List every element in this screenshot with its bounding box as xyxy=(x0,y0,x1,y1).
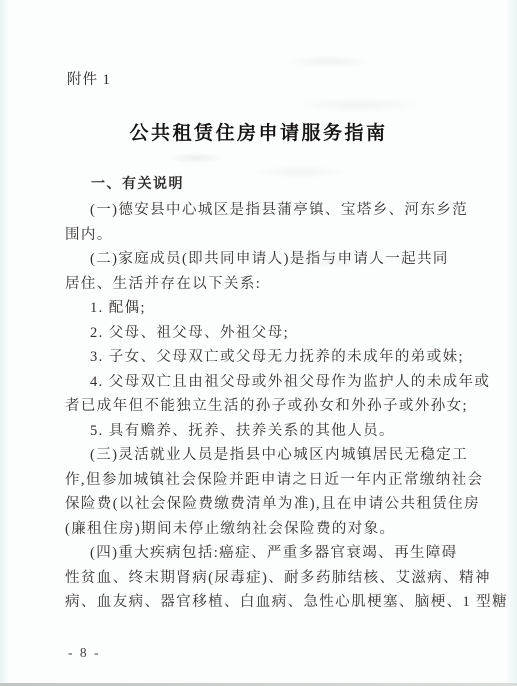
body-line: (三)灵活就业人员是指县中心城区内城镇居民无稳定工 xyxy=(65,443,505,468)
body-line: 性贫血、终末期肾病(尿毒症)、耐多药肺结核、艾滋病、精神 xyxy=(65,566,505,591)
body-line: (二)家庭成员(即共同申请人)是指与申请人一起共同 xyxy=(65,247,505,272)
body-line: 4. 父母双亡且由祖父母或外祖父母作为监护人的未成年或 xyxy=(65,370,505,395)
attachment-label: 附件 1 xyxy=(67,68,111,89)
body-line: 围内。 xyxy=(65,223,505,248)
page-number: - 8 - xyxy=(68,645,101,661)
body-line: (廉租住房)期间未停止缴纳社会保险费的对象。 xyxy=(65,517,505,542)
body-line: 者已成年但不能独立生活的孙子或孙女和外孙子或外孙女; xyxy=(65,394,505,419)
scan-edge-right xyxy=(505,0,517,686)
body-line: 2. 父母、祖父母、外祖父母; xyxy=(65,321,505,346)
body-line: 1. 配偶; xyxy=(65,296,505,321)
document-body: (一)德安县中心城区是指县蒲亭镇、宝塔乡、河东乡范围内。(二)家庭成员(即共同申… xyxy=(65,198,505,615)
body-line: 5. 具有赡养、抚养、扶养关系的其他人员。 xyxy=(65,419,505,444)
body-line: (四)重大疾病包括:癌症、严重多器官衰竭、再生障碍 xyxy=(65,541,505,566)
body-line: 居住、生活并存在以下关系: xyxy=(65,272,505,297)
body-line: 作,但参加城镇社会保险并距申请之日近一年内正常缴纳社会 xyxy=(65,468,505,493)
body-line: 保险费(以社会保险费缴费清单为准),且在申请公共租赁住房 xyxy=(65,492,505,517)
scanned-document-page: 附件 1 公共租赁住房申请服务指南 一、有关说明 (一)德安县中心城区是指县蒲亭… xyxy=(0,0,517,686)
section-heading: 一、有关说明 xyxy=(91,173,184,193)
body-line: 3. 子女、父母双亡或父母无力抚养的未成年的弟或妹; xyxy=(65,345,505,370)
document-title: 公共租赁住房申请服务指南 xyxy=(0,118,517,145)
body-line: (一)德安县中心城区是指县蒲亭镇、宝塔乡、河东乡范 xyxy=(65,198,505,223)
body-line: 病、血友病、器官移植、白血病、急性心肌梗塞、脑梗、1 型糖 xyxy=(65,590,505,615)
scan-edge-left xyxy=(0,0,9,686)
